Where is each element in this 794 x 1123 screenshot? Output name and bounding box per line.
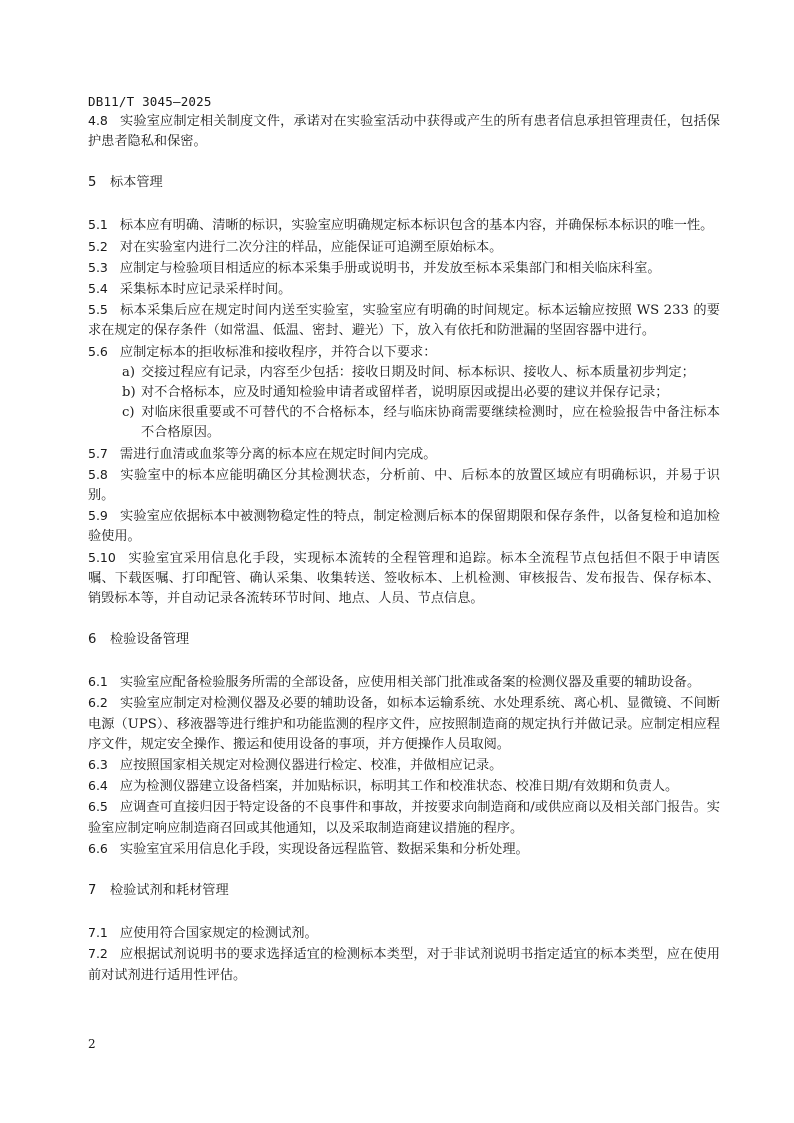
clause-number: 6.1 [88, 672, 108, 692]
list-item-text: 对不合格标本，应及时通知检验申请者或留样者，说明原因或提出必要的建议并保存记录； [141, 385, 669, 400]
list-item-text: 对临床很重要或不可替代的不合格标本，经与临床协商需要继续检测时，应在检验报告中备… [141, 405, 720, 440]
clause-number: 4.8 [88, 111, 108, 131]
clause-text: 实验室应制定相关制度文件，承诺对在实验室活动中获得或产生的所有患者信息承担管理责… [88, 114, 720, 149]
section-title: 检验试剂和耗材管理 [110, 883, 229, 898]
clause-text: 应使用符合国家规定的检测试剂。 [120, 926, 318, 941]
clause-number: 5.1 [88, 215, 108, 235]
clause-number: 5.8 [88, 465, 108, 485]
document-page: DB11/T 3045—2025 4.8实验室应制定相关制度文件，承诺对在实验室… [88, 92, 720, 986]
list-marker: a) [122, 363, 141, 383]
clause-6-5: 6.5应调查可直接归因于特定设备的不良事件和事故，并按要求向制造商和/或供应商以… [88, 797, 720, 838]
clause-text: 对在实验室内进行二次分注的样品，应能保证可追溯至原始标本。 [120, 240, 502, 255]
requirement-list: a)交接过程应有记录，内容至少包括：接收日期及时间、标本标识、接收人、标本质量初… [88, 363, 720, 444]
clause-number: 5.3 [88, 258, 108, 278]
clause-text: 标本应有明确、清晰的标识，实验室应明确规定标本标识包含的基本内容，并确保标本标识… [120, 218, 713, 233]
clause-text: 应根据试剂说明书的要求选择适宜的检测标本类型，对于非试剂说明书指定适宜的标本类型… [88, 947, 720, 982]
clause-5-8: 5.8实验室中的标本应能明确区分其检测状态，分析前、中、后标本的放置区域应有明确… [88, 465, 720, 506]
clause-5-6: 5.6应制定标本的拒收标准和接收程序，并符合以下要求： [88, 342, 720, 363]
clause-number: 6.3 [88, 755, 108, 775]
clause-text: 采集标本时应记录采样时间。 [120, 282, 291, 297]
clause-text: 实验室中的标本应能明确区分其检测状态，分析前、中、后标本的放置区域应有明确标识，… [88, 468, 720, 503]
section-heading-5: 5标本管理 [88, 173, 720, 193]
clause-number: 6.6 [88, 839, 108, 859]
clause-text: 应为检测仪器建立设备档案，并加贴标识，标明其工作和校准状态、校准日期/有效期和负… [120, 779, 678, 794]
section-number: 7 [88, 881, 110, 901]
section-number: 5 [88, 173, 110, 193]
section-title: 标本管理 [110, 175, 163, 190]
clause-number: 5.5 [88, 300, 108, 320]
clause-6-2: 6.2实验室应制定对检测仪器及必要的辅助设备，如标本运输系统、水处理系统、离心机… [88, 693, 720, 755]
clause-text: 实验室应依据标本中被测物稳定性的特点，制定检测后标本的保留期限和保存条件，以备复… [88, 509, 720, 544]
clause-7-2: 7.2应根据试剂说明书的要求选择适宜的检测标本类型，对于非试剂说明书指定适宜的标… [88, 944, 720, 985]
document-code-header: DB11/T 3045—2025 [88, 92, 720, 111]
section-heading-7: 7检验试剂和耗材管理 [88, 881, 720, 901]
clause-number: 5.7 [88, 444, 108, 464]
clause-5-1: 5.1标本应有明确、清晰的标识，实验室应明确规定标本标识包含的基本内容，并确保标… [88, 215, 720, 236]
clause-number: 6.2 [88, 693, 108, 713]
clause-number: 5.4 [88, 279, 108, 299]
list-item-a: a)交接过程应有记录，内容至少包括：接收日期及时间、标本标识、接收人、标本质量初… [88, 363, 720, 383]
section-title: 检验设备管理 [110, 632, 189, 647]
clause-number: 6.5 [88, 797, 108, 817]
clause-5-2: 5.2对在实验室内进行二次分注的样品，应能保证可追溯至原始标本。 [88, 237, 720, 258]
clause-5-5: 5.5标本采集后应在规定时间内送至实验室，实验室应有明确的时间规定。标本运输应按… [88, 300, 720, 341]
clause-number: 7.1 [88, 923, 108, 943]
clause-text: 应调查可直接归因于特定设备的不良事件和事故，并按要求向制造商和/或供应商以及相关… [88, 800, 720, 835]
clause-6-6: 6.6实验室宜采用信息化手段，实现设备远程监管、数据采集和分析处理。 [88, 839, 720, 860]
clause-text: 实验室宜采用信息化手段，实现标本流转的全程管理和追踪。标本全流程节点包括但不限于… [88, 551, 720, 606]
clause-6-1: 6.1实验室应配备检验服务所需的全部设备，应使用相关部门批准或备案的检测仪器及重… [88, 672, 720, 693]
list-marker: b) [122, 383, 141, 403]
clause-number: 5.6 [88, 342, 108, 362]
clause-text: 标本采集后应在规定时间内送至实验室，实验室应有明确的时间规定。标本运输应按照 W… [88, 303, 720, 338]
clause-number: 7.2 [88, 944, 108, 964]
section-number: 6 [88, 630, 110, 650]
list-item-text: 交接过程应有记录，内容至少包括：接收日期及时间、标本标识、接收人、标本质量初步判… [141, 365, 695, 380]
clause-text: 应按照国家相关规定对检测仪器进行检定、校准，并做相应记录。 [120, 758, 502, 773]
clause-6-4: 6.4应为检测仪器建立设备档案，并加贴标识，标明其工作和校准状态、校准日期/有效… [88, 776, 720, 797]
list-marker: c) [122, 403, 141, 423]
clause-number: 5.10 [88, 548, 116, 568]
clause-5-10: 5.10实验室宜采用信息化手段，实现标本流转的全程管理和追踪。标本全流程节点包括… [88, 548, 720, 610]
page-number: 2 [88, 1037, 96, 1051]
clause-5-4: 5.4采集标本时应记录采样时间。 [88, 279, 720, 300]
clause-text: 实验室宜采用信息化手段，实现设备远程监管、数据采集和分析处理。 [120, 842, 529, 857]
clause-text: 应制定标本的拒收标准和接收程序，并符合以下要求： [120, 345, 437, 360]
clause-5-7: 5.7需进行血清或血浆等分离的标本应在规定时间内完成。 [88, 444, 720, 465]
clause-4-8: 4.8实验室应制定相关制度文件，承诺对在实验室活动中获得或产生的所有患者信息承担… [88, 111, 720, 152]
clause-number: 6.4 [88, 776, 108, 796]
clause-text: 需进行血清或血浆等分离的标本应在规定时间内完成。 [120, 447, 437, 462]
clause-text: 实验室应制定对检测仪器及必要的辅助设备，如标本运输系统、水处理系统、离心机、显微… [88, 696, 720, 751]
section-heading-6: 6检验设备管理 [88, 630, 720, 650]
clause-6-3: 6.3应按照国家相关规定对检测仪器进行检定、校准，并做相应记录。 [88, 755, 720, 776]
clause-number: 5.9 [88, 506, 108, 526]
list-item-b: b)对不合格标本，应及时通知检验申请者或留样者，说明原因或提出必要的建议并保存记… [88, 383, 720, 403]
clause-5-9: 5.9实验室应依据标本中被测物稳定性的特点，制定检测后标本的保留期限和保存条件，… [88, 506, 720, 547]
clause-text: 应制定与检验项目相适应的标本采集手册或说明书，并发放至标本采集部门和相关临床科室… [120, 261, 661, 276]
clause-text: 实验室应配备检验服务所需的全部设备，应使用相关部门批准或备案的检测仪器及重要的辅… [120, 675, 700, 690]
clause-5-3: 5.3应制定与检验项目相适应的标本采集手册或说明书，并发放至标本采集部门和相关临… [88, 258, 720, 279]
clause-number: 5.2 [88, 237, 108, 257]
list-item-c: c)对临床很重要或不可替代的不合格标本，经与临床协商需要继续检测时，应在检验报告… [88, 403, 720, 443]
clause-7-1: 7.1应使用符合国家规定的检测试剂。 [88, 923, 720, 944]
